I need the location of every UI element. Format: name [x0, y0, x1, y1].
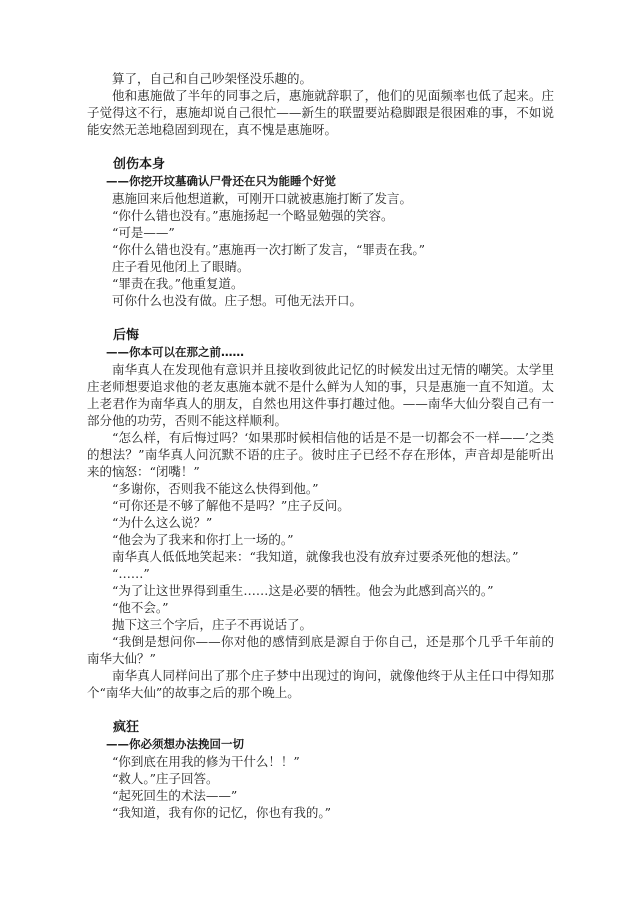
document-body: 算了，自己和自己吵架怪没乐趣的。他和惠施做了半年的同事之后，惠施就辞职了，他们的… [87, 70, 554, 821]
paragraph: “你什么错也没有。”惠施再一次打断了发言，“罪责在我。” [87, 241, 554, 258]
paragraph: 南华真人在发现他有意识并且接收到彼此记忆的时候发出过无情的嘲笑。太学里庄老师想要… [87, 361, 554, 429]
paragraph: 可你什么也没有做。庄子想。可他无法开口。 [87, 292, 554, 309]
paragraph: “罪责在我。”他重复道。 [87, 275, 554, 292]
section-3: 疯狂——你必须想办法挽回一切“你到底在用我的修为干什么！！”“救人。”庄子回答。… [87, 719, 554, 821]
paragraph: “他会为了我来和你打上一场的。” [87, 531, 554, 548]
paragraph: “……” [87, 565, 554, 582]
section-subtitle: ——你挖开坟墓确认尸骨还在只为能睡个好觉 [87, 173, 554, 190]
section-heading: 创伤本身 [87, 156, 554, 173]
section-2: 后悔——你本可以在那之前……南华真人在发现他有意识并且接收到彼此记忆的时候发出过… [87, 327, 554, 701]
paragraph: 南华真人低低地笑起来：“我知道，就像我也没有放弃过要杀死他的想法。” [87, 548, 554, 565]
paragraph: “为什么这么说？” [87, 514, 554, 531]
paragraph: “可你还是不够了解他不是吗？”庄子反问。 [87, 497, 554, 514]
paragraph: “救人。”庄子回答。 [87, 770, 554, 787]
section-heading: 疯狂 [87, 719, 554, 736]
paragraph: 抛下这三个字后，庄子不再说话了。 [87, 616, 554, 633]
paragraph: “为了让这世界得到重生……这是必要的牺牲。他会为此感到高兴的。” [87, 582, 554, 599]
section-1: 创伤本身——你挖开坟墓确认尸骨还在只为能睡个好觉惠施回来后他想道歉，可刚开口就被… [87, 156, 554, 309]
paragraph: “多谢你，否则我不能这么快得到他。” [87, 480, 554, 497]
section-subtitle: ——你必须想办法挽回一切 [87, 736, 554, 753]
intro-paragraph: 他和惠施做了半年的同事之后，惠施就辞职了，他们的见面频率也低了起来。庄子觉得这不… [87, 87, 554, 138]
paragraph: “你到底在用我的修为干什么！！” [87, 753, 554, 770]
document-page: 算了，自己和自己吵架怪没乐趣的。他和惠施做了半年的同事之后，惠施就辞职了，他们的… [0, 0, 640, 905]
section-subtitle: ——你本可以在那之前…… [87, 344, 554, 361]
paragraph: “你什么错也没有。”惠施扬起一个略显勉强的笑容。 [87, 207, 554, 224]
paragraph: “我知道，我有你的记忆，你也有我的。” [87, 804, 554, 821]
intro-paragraph: 算了，自己和自己吵架怪没乐趣的。 [87, 70, 554, 87]
paragraph: “可是——” [87, 224, 554, 241]
paragraph: “他不会。” [87, 599, 554, 616]
paragraph: 庄子看见他闭上了眼睛。 [87, 258, 554, 275]
paragraph: 惠施回来后他想道歉，可刚开口就被惠施打断了发言。 [87, 190, 554, 207]
section-heading: 后悔 [87, 327, 554, 344]
paragraph: “起死回生的术法——” [87, 787, 554, 804]
paragraph: “怎么样，有后悔过吗？‘如果那时候相信他的话是不是一切都会不一样——’之类的想法… [87, 429, 554, 480]
paragraph: “我倒是想问你——你对他的感情到底是源自于你自己，还是那个几乎千年前的南华大仙？… [87, 633, 554, 667]
paragraph: 南华真人同样问出了那个庄子梦中出现过的询问，就像他终于从主任口中得知那个“南华大… [87, 667, 554, 701]
